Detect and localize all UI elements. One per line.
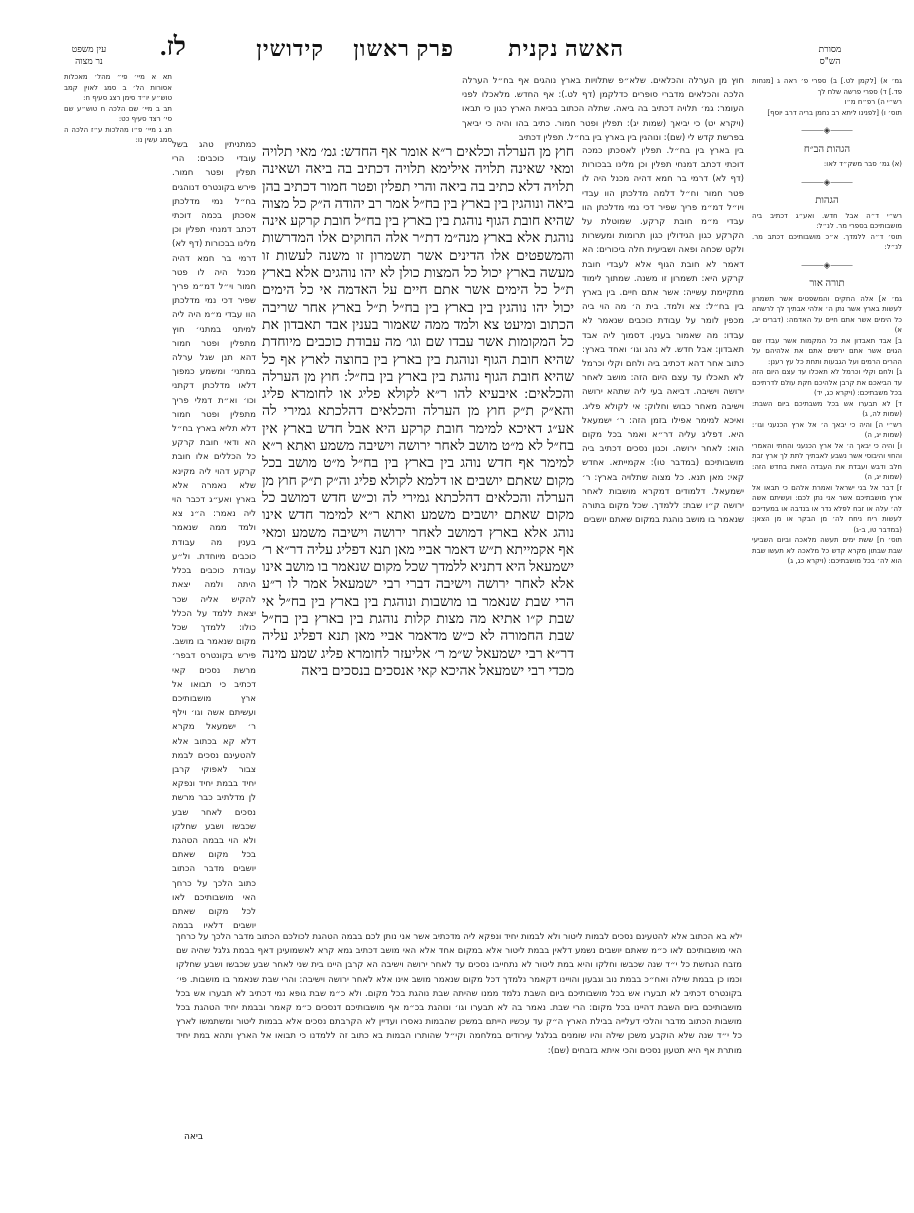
tosafot-column: כמתניתין טהג בשל עובדי כוכבים: הרי תפלין…: [172, 138, 256, 928]
hagahot-entry: תוס׳ ד״ה ללמדך. א״כ מושבותיכם דכתב מר. ל…: [752, 232, 902, 253]
ornament-divider: ⸻◈⸻: [752, 178, 902, 189]
masoret-entry: גמ׳ א) [לקמן לט.] ב) ספרי פ׳ ראה ג [מנחו…: [752, 76, 902, 97]
rashi-column: בין בארץ בין בח״ל. תפלין לאסכתן כמכה דוכ…: [582, 144, 744, 859]
ein-mishpat-entry: תא א מיי׳ פי״ מהל׳ מאכלות אסורות הל׳ ב ס…: [64, 72, 172, 104]
masoret-column: גמ׳ א) [לקמן לט.] ב) ספרי פ׳ ראה ג [מנחו…: [752, 76, 902, 1026]
ein-mishpat-title-line1: עין משפט: [44, 44, 134, 56]
bottom-commentary: ילא בא הכתוב אלא להטעינם נסכים לבמות ליט…: [176, 930, 742, 1130]
talmud-page: האשה נקנית פרק ראשון קידושין לז. עין משפ…: [0, 0, 914, 1213]
page-header: האשה נקנית פרק ראשון קידושין: [0, 36, 914, 72]
ornament-divider: ⸻◈⸻: [752, 261, 902, 272]
catchword: ביאה: [184, 1132, 203, 1142]
ein-mishpat-title-line2: נר מצוה: [44, 56, 134, 68]
torah-or-entry: גמ׳ א] אלה החקים והמשפטים אשר תשמרון לעש…: [752, 294, 902, 336]
hagahot-habach-title: הגהות הב״ח: [752, 145, 902, 156]
mishnah-rashi-top: חוץ מן הערלה והכלאים. שלא״פ שתלויות בארץ…: [462, 74, 744, 144]
masoret-title-line2: הש"ס: [780, 56, 880, 68]
tractate-chapter-title: האשה נקנית: [508, 36, 624, 62]
torah-or-entry: רש״י ה] והיה כי יבאך ה׳ אל ארץ הכנעני וג…: [752, 420, 902, 441]
hagahot-title: הגהות: [752, 196, 902, 207]
torah-or-entry: ד] לא תבערו אש בכל משבתיכם ביום השבת: (ש…: [752, 399, 902, 420]
masoret-entry: רש״י ה) רפ״ח מ״ו: [752, 97, 902, 108]
torah-or-entry: ג] ולחם וקלי וכרמל לא תאכלו עד עצם היום …: [752, 367, 902, 399]
tosafot-top: [172, 52, 412, 142]
torah-or-title: תורה אור: [752, 279, 902, 290]
masoret-title: מסורת הש"ס: [780, 44, 880, 68]
ornament-divider: ⸻◈⸻: [752, 126, 902, 137]
ein-mishpat-column: תא א מיי׳ פי״ מהל׳ מאכלות אסורות הל׳ ב ס…: [64, 72, 172, 172]
masoret-entry: תוס׳ ו) [לפנינו ליתא רב נחמן בריה דרב יו…: [752, 108, 902, 119]
ein-mishpat-entry: תב ב מיי׳ שם הלכה ח טוש״ע שם סי׳ רצד סעי…: [64, 104, 172, 125]
torah-or-entry: ז] דבר אל בני ישראל ואמרת אלהם כי תבאו א…: [752, 483, 902, 536]
torah-or-entry: ו] והיה כי יבאך ה׳ אל ארץ הכנעני והחתי ו…: [752, 441, 902, 483]
masoret-title-line1: מסורת: [780, 44, 880, 56]
ein-mishpat-title: עין משפט נר מצוה: [44, 44, 134, 68]
torah-or-tosafot-entry: תוס׳ ח] ששת ימים תעשה מלאכה וביום השביעי…: [752, 535, 902, 567]
hagahot-habach-entry: (א) גמ׳ סבר משק״ד לאו:: [752, 159, 902, 170]
gemara-text: חוץ מן הערלה וכלאים ר״א אומר אף החדש: גמ…: [262, 144, 574, 920]
hagahot-entry: רש״י ד״ה אבל חדש. ואע״ג דכתיב ביה מושבות…: [752, 211, 902, 232]
torah-or-entry: ב] אבד תאבדון את כל המקמות אשר עבדו שם ה…: [752, 336, 902, 368]
ein-mishpat-entry: תג ג מיי׳ פ״ו מהלכות ע״ז הלכה ה סמג עשין…: [64, 125, 172, 146]
